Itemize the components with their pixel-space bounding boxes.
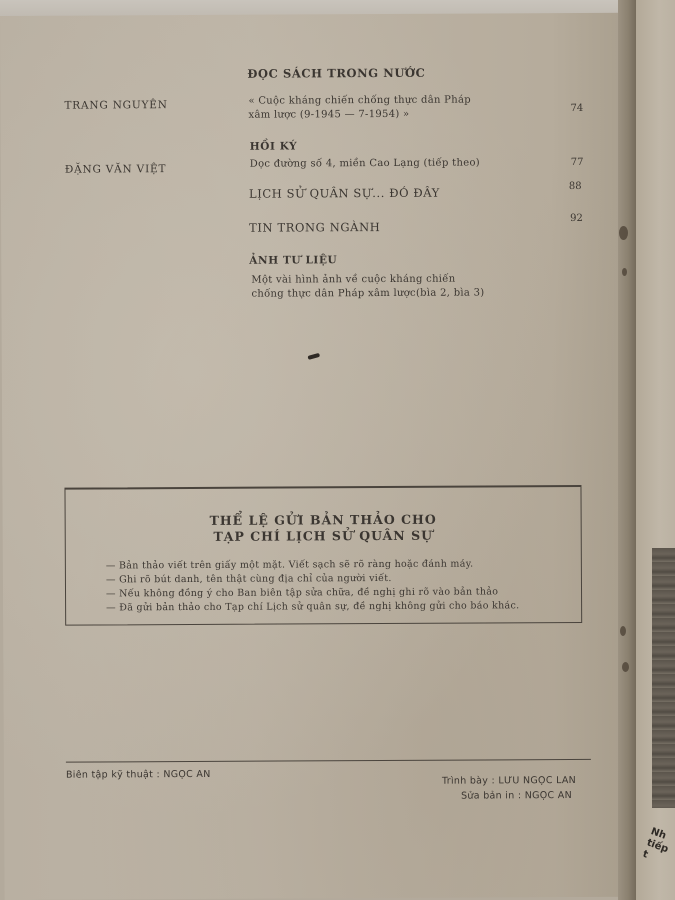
toc-heading-anh-tu-lieu: ẢNH TƯ LIỆU bbox=[249, 254, 337, 266]
toc-entry-line: « Cuộc kháng chiến chống thực dân Pháp bbox=[248, 94, 471, 109]
credit-layout: Trình bày : LƯU NGỌC LAN bbox=[442, 775, 576, 787]
stain-mark bbox=[619, 226, 628, 240]
credits-divider bbox=[66, 759, 591, 763]
toc-page-number: 77 bbox=[571, 157, 584, 168]
adjacent-page-photo bbox=[652, 548, 675, 808]
toc-author-dang-van-viet: ĐẶNG VĂN VIỆT bbox=[65, 163, 167, 176]
rule-item: — Bản thảo viết trên giấy một mặt. Viết … bbox=[106, 557, 519, 573]
toc-entry-mot-vai-hinh-anh: Một vài hình ảnh về cuộc kháng chiến chố… bbox=[251, 272, 484, 301]
rules-title-line: TẠP CHÍ LỊCH SỬ QUÂN SỰ bbox=[66, 527, 581, 546]
toc-entry-line: chống thực dân Pháp xâm lược(bìa 2, bìa … bbox=[251, 286, 484, 301]
book-gutter bbox=[618, 0, 638, 900]
toc-page-number: 92 bbox=[570, 213, 583, 224]
rules-list: — Bản thảo viết trên giấy một mặt. Viết … bbox=[106, 557, 520, 615]
stain-mark bbox=[620, 626, 626, 636]
stain-mark bbox=[622, 268, 627, 276]
toc-page-number: 88 bbox=[569, 181, 582, 192]
toc-entry-cuoc-khang-chien: « Cuộc kháng chiến chống thực dân Pháp x… bbox=[248, 94, 471, 123]
toc-entry-line: xâm lược (9-1945 — 7-1954) » bbox=[248, 108, 471, 123]
submission-rules-box: THỂ LỆ GỬI BẢN THẢO CHO TẠP CHÍ LỊCH SỬ … bbox=[64, 485, 582, 626]
credit-technical-editor: Biên tập kỹ thuật : NGỌC AN bbox=[66, 769, 211, 781]
toc-entry-line: Dọc đường số 4, miền Cao Lạng (tiếp theo… bbox=[250, 156, 480, 171]
toc-entry-line: Một vài hình ảnh về cuộc kháng chiến bbox=[251, 272, 484, 287]
toc-heading-lich-su-quan-su-do-day: LỊCH SỬ QUÂN SỰ... ĐÓ ĐÂY bbox=[249, 186, 440, 201]
stain-mark bbox=[622, 662, 629, 672]
ink-mark bbox=[307, 353, 320, 360]
toc-heading-hoi-ky: HỒI KÝ bbox=[250, 140, 298, 152]
toc-entry-doc-duong-so-4: Dọc đường số 4, miền Cao Lạng (tiếp theo… bbox=[250, 156, 480, 171]
rule-item: — Đã gửi bản thảo cho Tạp chí Lịch sử qu… bbox=[106, 599, 519, 615]
toc-author-trang-nguyen: TRANG NGUYÊN bbox=[64, 99, 167, 112]
toc-heading-tin-trong-nganh: TIN TRONG NGÀNH bbox=[249, 220, 380, 235]
toc-heading-doc-sach: ĐỌC SÁCH TRONG NƯỚC bbox=[247, 66, 425, 81]
rules-title: THỂ LỆ GỬI BẢN THẢO CHO TẠP CHÍ LỊCH SỬ … bbox=[66, 511, 581, 546]
toc-page-number: 74 bbox=[570, 103, 583, 114]
credit-proofreading: Sửa bản in : NGỌC AN bbox=[461, 790, 572, 802]
document-page: ĐỌC SÁCH TRONG NƯỚC TRANG NGUYÊN « Cuộc … bbox=[0, 13, 630, 900]
